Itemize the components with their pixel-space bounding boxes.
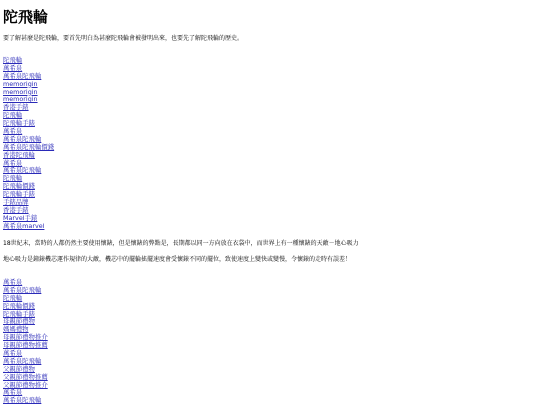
link[interactable]: 萬希泉: [3, 278, 22, 286]
link[interactable]: 父親節禮物推薦: [3, 373, 48, 381]
intro-paragraph: 要了解甚麼是陀飛輪，要首先明白為甚麼陀飛輪會被發明出來，也要先了解陀飛輪的歷史。: [3, 35, 243, 43]
history-paragraph: 18世紀末，當時的人都仍然主要使用懷錶，但是懷錶的弊點是，長期都以同一方向放在衣…: [3, 240, 359, 248]
link-list-1: 陀飛輪 萬希泉 萬希泉陀飛輪 memorigin memorigin memor…: [3, 57, 54, 231]
link[interactable]: Marvel手錶: [3, 214, 37, 222]
link[interactable]: 陀飛輪手錶: [3, 190, 35, 198]
link[interactable]: 萬希泉陀飛輪: [3, 286, 41, 294]
page-title: 陀飛輪: [3, 8, 48, 26]
link[interactable]: 萬希泉陀飛輪: [3, 396, 41, 404]
list-item: 萬希泉marvel: [3, 223, 54, 231]
link[interactable]: 陀飛輪: [3, 56, 22, 64]
link[interactable]: memorigin: [3, 80, 38, 88]
link[interactable]: 香港手錶: [3, 206, 29, 214]
link[interactable]: 萬希泉marvel: [3, 222, 44, 230]
link[interactable]: 萬希泉: [3, 64, 22, 72]
link[interactable]: 萬希泉陀飛輪價錢: [3, 143, 54, 151]
link[interactable]: 陀飛輪手錶: [3, 119, 35, 127]
link[interactable]: 萬希泉: [3, 349, 22, 357]
link[interactable]: 陀飛輪: [3, 294, 22, 302]
link[interactable]: memorigin: [3, 88, 38, 96]
list-item: 萬希泉陀飛輪: [3, 397, 48, 405]
link[interactable]: 手錶品牌: [3, 198, 29, 206]
link[interactable]: 萬希泉陀飛輪: [3, 357, 41, 365]
link[interactable]: 萬希泉: [3, 127, 22, 135]
link[interactable]: 母親節禮物推薦: [3, 341, 48, 349]
link[interactable]: 父親節禮物: [3, 365, 35, 373]
link-list-2: 萬希泉 萬希泉陀飛輪 陀飛輪 陀飛輪價錢 陀飛輪手錶 母親節禮物 媽媽禮物 母親…: [3, 279, 48, 405]
link[interactable]: 香港陀飛輪: [3, 151, 35, 159]
link[interactable]: 陀飛輪價錢: [3, 302, 35, 310]
link[interactable]: 萬希泉陀飛輪: [3, 72, 41, 80]
gravity-paragraph: 地心吸力是鐘錶機芯運作規律的大敵，機芯中的擺輪搖擺速度會受懷錶不同的擺位，致使速…: [3, 256, 351, 264]
link[interactable]: 萬希泉陀飛輪: [3, 135, 41, 143]
